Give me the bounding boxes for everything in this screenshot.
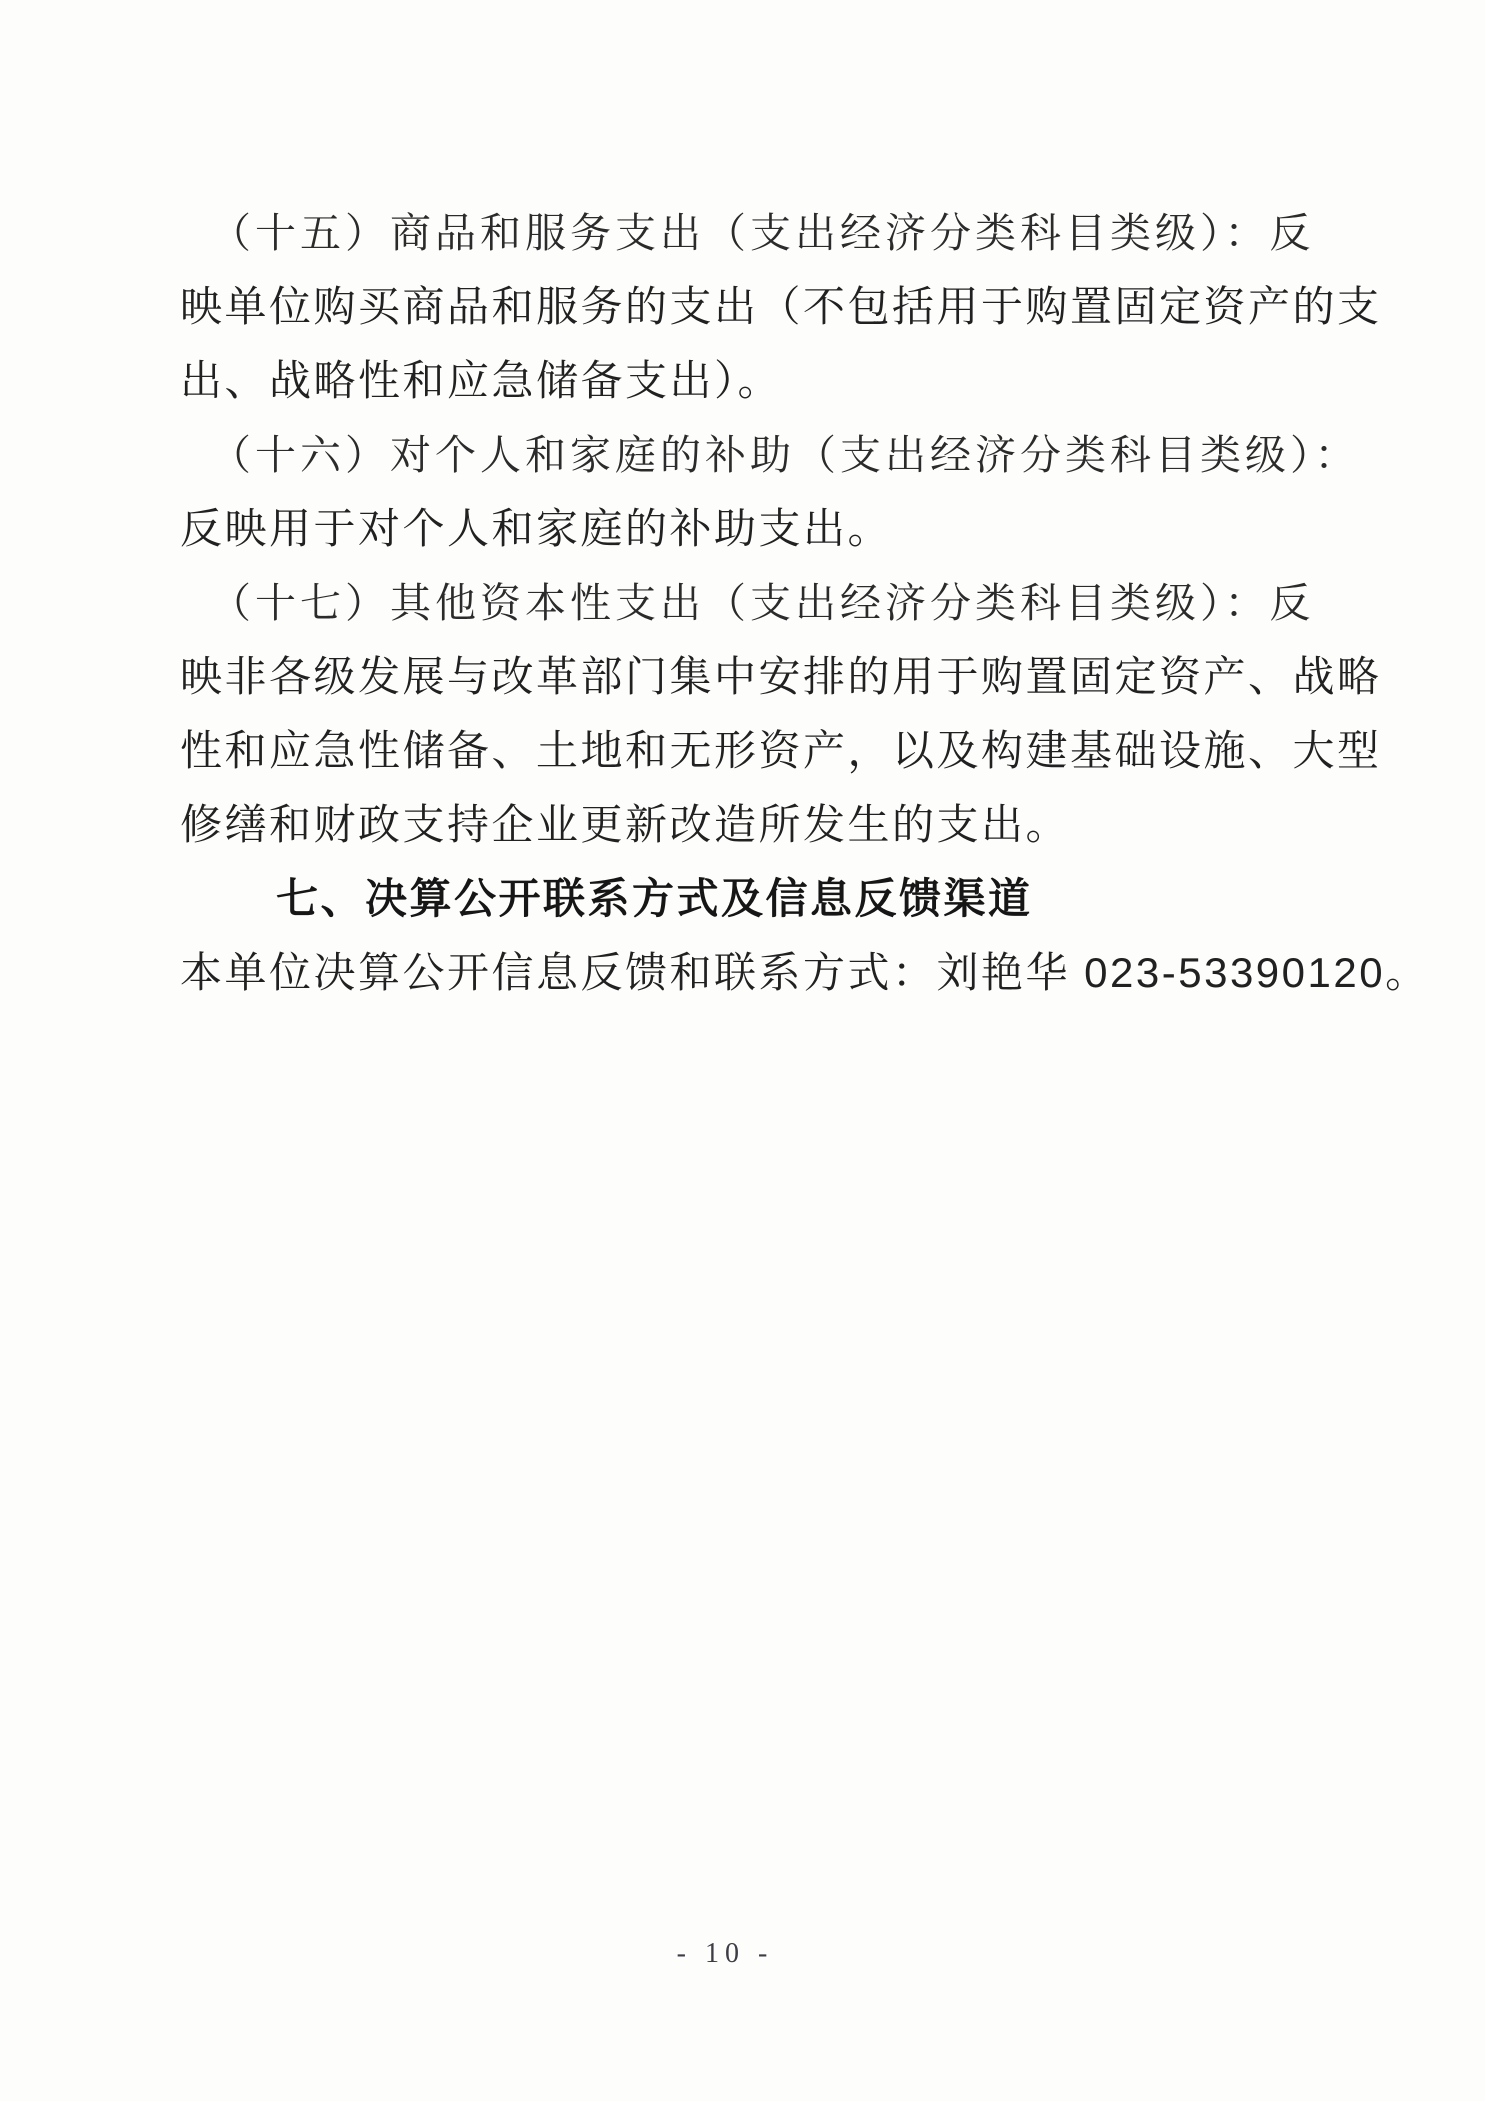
paragraph-line: （十五）商品和服务支出（支出经济分类科目类级）：反 xyxy=(180,196,1356,270)
paragraph-section-7: 七、决算公开联系方式及信息反馈渠道 xyxy=(180,862,1356,936)
paragraph-item-16: （十六）对个人和家庭的补助（支出经济分类科目类级）： 反映用于对个人和家庭的补助… xyxy=(180,418,1356,566)
paragraph-line: 映单位购买商品和服务的支出（不包括用于购置固定资产的支 xyxy=(180,270,1356,344)
paragraph-line: 性和应急性储备、土地和无形资产，以及构建基础设施、大型 xyxy=(180,714,1356,788)
page-number: - 10 - xyxy=(0,1938,1450,1970)
section-heading: 七、决算公开联系方式及信息反馈渠道 xyxy=(180,862,1356,936)
contact-info-line: 本单位决算公开信息反馈和联系方式：刘艳华 023-53390120。 xyxy=(180,936,1356,1010)
paragraph-item-17: （十七）其他资本性支出（支出经济分类科目类级）：反 映非各级发展与改革部门集中安… xyxy=(180,566,1356,862)
paragraph-line: 反映用于对个人和家庭的补助支出。 xyxy=(180,492,1356,566)
paragraph-line: （十七）其他资本性支出（支出经济分类科目类级）：反 xyxy=(180,566,1356,640)
paragraph-line: 出、战略性和应急储备支出）。 xyxy=(180,344,1356,418)
paragraph-line: （十六）对个人和家庭的补助（支出经济分类科目类级）： xyxy=(180,418,1356,492)
paragraph-line: 修缮和财政支持企业更新改造所发生的支出。 xyxy=(180,788,1356,862)
paragraph-contact: 本单位决算公开信息反馈和联系方式：刘艳华 023-53390120。 xyxy=(180,936,1356,1010)
paragraph-line: 映非各级发展与改革部门集中安排的用于购置固定资产、战略 xyxy=(180,640,1356,714)
document-body: （十五）商品和服务支出（支出经济分类科目类级）：反 映单位购买商品和服务的支出（… xyxy=(180,196,1356,1010)
scanned-document-page: （十五）商品和服务支出（支出经济分类科目类级）：反 映单位购买商品和服务的支出（… xyxy=(0,0,1485,2101)
paragraph-item-15: （十五）商品和服务支出（支出经济分类科目类级）：反 映单位购买商品和服务的支出（… xyxy=(180,196,1356,418)
